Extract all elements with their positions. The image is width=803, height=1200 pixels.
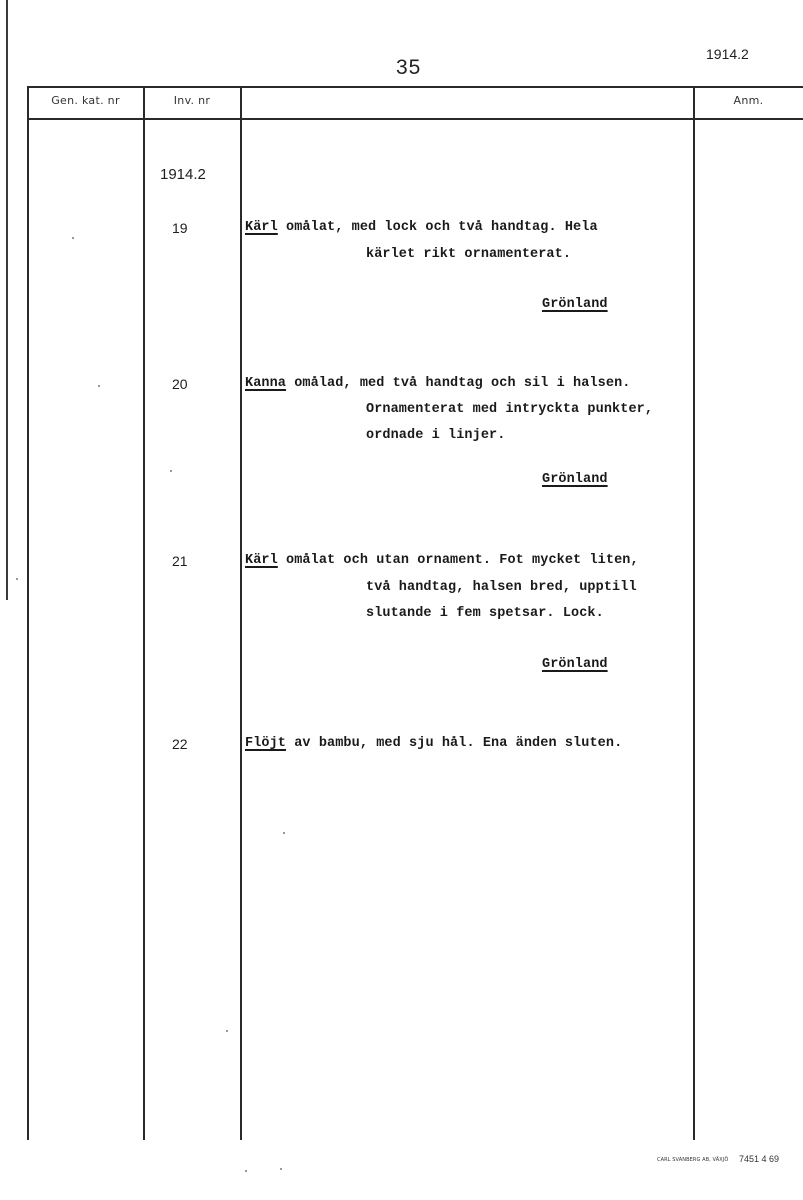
header-inv-nr: Inv. nr (144, 94, 240, 107)
description-line: Kärl omålat och utan ornament. Fot mycke… (245, 553, 639, 568)
scan-speck (283, 832, 285, 834)
header-anm: Anm. (694, 94, 803, 107)
scan-speck (98, 385, 100, 387)
description-line: två handtag, halsen bred, upptill (366, 580, 637, 595)
column-rule-desc-anm (693, 86, 695, 1140)
description-line: slutande i fem spetsar. Lock. (366, 606, 604, 621)
description-text: omålat, med lock och två handtag. Hela (278, 220, 598, 235)
scan-speck (245, 1170, 247, 1172)
form-code: 7451 4 69 (739, 1154, 779, 1164)
scan-speck (16, 578, 18, 580)
accession-group-label: 1914.2 (160, 166, 206, 183)
description-text: omålad, med två handtag och sil i halsen… (286, 376, 630, 391)
page-number: 35 (396, 56, 421, 80)
printer-imprint: CARL SVANBERG AB, VÄXJÖ (657, 1157, 728, 1163)
origin-label: Grönland (542, 657, 608, 672)
accession-number-header: 1914.2 (706, 46, 749, 62)
description-line: Kanna omålad, med två handtag och sil i … (245, 376, 630, 391)
header-gen-kat-nr: Gen. kat. nr (28, 94, 143, 107)
description-line: kärlet rikt ornamenterat. (366, 247, 571, 262)
description-line: Ornamenterat med intryckta punkter, (366, 402, 653, 417)
description-line: Kärl omålat, med lock och två handtag. H… (245, 220, 598, 235)
inv-number: 22 (172, 736, 188, 752)
inv-number: 19 (172, 220, 188, 236)
column-rule-left (27, 86, 29, 1140)
description-line: Flöjt av bambu, med sju hål. Ena änden s… (245, 736, 622, 751)
description-text: av bambu, med sju hål. Ena änden sluten. (286, 736, 622, 751)
object-keyword: Flöjt (245, 736, 286, 751)
origin-label: Grönland (542, 297, 608, 312)
object-keyword: Kärl (245, 220, 278, 235)
object-keyword: Kärl (245, 553, 278, 568)
description-text: omålat och utan ornament. Fot mycket lit… (278, 553, 639, 568)
scan-speck (280, 1168, 282, 1170)
scan-speck (226, 1030, 228, 1032)
origin-label: Grönland (542, 472, 608, 487)
scan-speck (72, 237, 74, 239)
object-keyword: Kanna (245, 376, 286, 391)
scan-edge-line (6, 0, 8, 600)
inv-number: 21 (172, 553, 188, 569)
column-rule-gen-inv (143, 86, 145, 1140)
scan-speck (170, 470, 172, 472)
column-rule-inv-desc (240, 86, 242, 1140)
description-line: ordnade i linjer. (366, 428, 505, 443)
inv-number: 20 (172, 376, 188, 392)
